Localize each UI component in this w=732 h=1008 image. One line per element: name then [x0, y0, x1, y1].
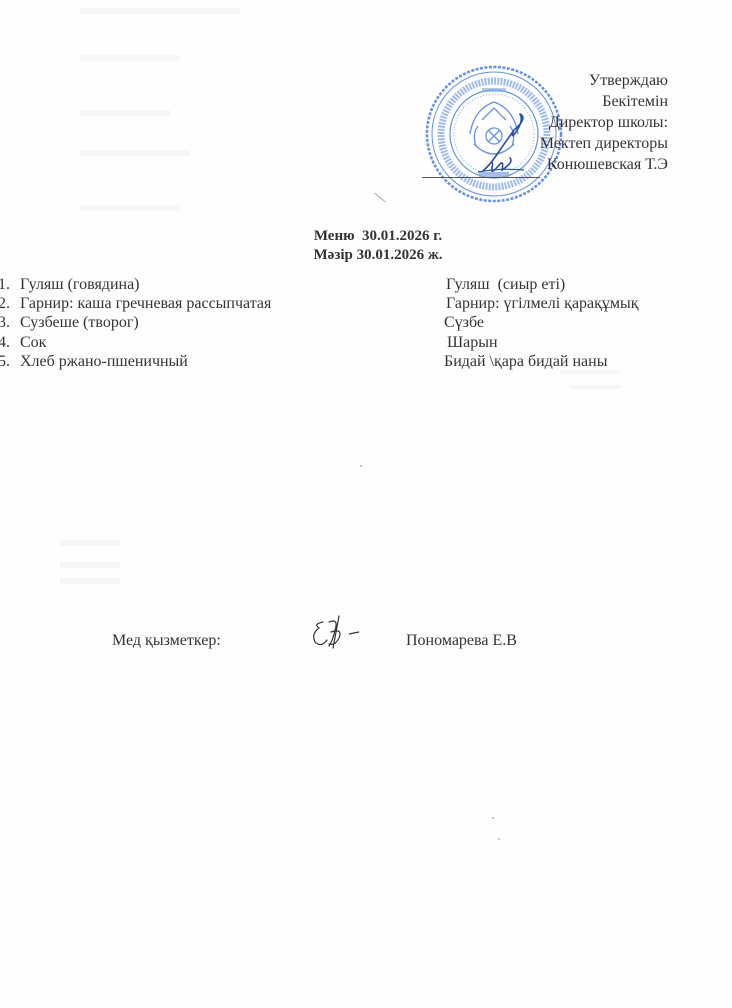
menu-list-kz: Гуляш (сиыр еті) Гарнир: үгілмелі қарақұ… — [443, 275, 639, 371]
approval-line-director-name: Конюшевская Т.Э — [540, 154, 668, 175]
document-page: Утверждаю Бекітемін Директор школы: Мект… — [0, 0, 732, 1008]
scan-artifact — [60, 578, 120, 584]
item-number: 3. — [0, 313, 20, 332]
item-number: 5. — [0, 352, 20, 371]
list-item: 4.Сок — [0, 333, 271, 352]
item-number: 1. — [0, 275, 20, 294]
list-item: Сүзбе — [444, 313, 639, 332]
list-item: Гуляш (сиыр еті) — [446, 275, 639, 294]
item-text: Гуляш (говядина) — [20, 276, 140, 293]
item-number: 4. — [0, 333, 20, 352]
list-item: 2.Гарнир: каша гречневая рассыпчатая — [0, 294, 271, 313]
medic-role-label: Мед қызметкер: — [112, 632, 221, 650]
list-item: Бидай \қара бидай наны — [444, 352, 639, 371]
scan-artifact — [60, 562, 120, 568]
title-ru: Меню 30.01.2026 г. — [0, 227, 732, 246]
list-item: 3.Сузбеше (творог) — [0, 313, 271, 332]
list-item: 5.Хлеб ржано-пшеничный — [0, 352, 271, 371]
medic-name: Пономарева Е.В — [406, 632, 517, 650]
approval-block: Утверждаю Бекітемін Директор школы: Мект… — [540, 70, 668, 175]
title-kz: Мәзір 30.01.2026 ж. — [0, 246, 732, 265]
list-item: 1.Гуляш (говядина) — [0, 275, 271, 294]
scan-artifact — [570, 385, 620, 389]
scan-speck — [498, 838, 500, 840]
item-text: Гарнир: каша гречневая рассыпчатая — [20, 295, 271, 312]
menu-list-ru: 1.Гуляш (говядина) 2.Гарнир: каша гречне… — [0, 275, 271, 371]
scan-artifact — [80, 55, 180, 61]
scan-artifact — [80, 150, 190, 156]
scan-speck — [360, 465, 362, 467]
approval-line-director-ru: Директор школы: — [540, 112, 668, 133]
approval-line-approve-ru: Утверждаю — [540, 70, 668, 91]
scan-artifact — [80, 8, 240, 14]
item-text: Сок — [20, 334, 46, 351]
scan-speck — [492, 817, 494, 819]
list-item: Гарнир: үгілмелі қарақұмық — [446, 294, 639, 313]
approval-line-director-kz: Мектеп директоры — [540, 133, 668, 154]
item-text: Хлеб ржано-пшеничный — [20, 353, 188, 370]
scan-artifact — [80, 205, 180, 211]
item-number: 2. — [0, 294, 20, 313]
approval-line-approve-kz: Бекітемін — [540, 91, 668, 112]
item-text: Сузбеше (творог) — [20, 314, 139, 331]
director-signature-icon — [470, 110, 530, 180]
scan-artifact — [60, 540, 120, 546]
medic-signature-icon — [309, 612, 369, 652]
stray-pen-mark — [374, 193, 385, 203]
scan-artifact — [80, 110, 170, 116]
list-item: Шарын — [447, 333, 639, 352]
page-title: Меню 30.01.2026 г. Мәзір 30.01.2026 ж. — [0, 227, 732, 265]
